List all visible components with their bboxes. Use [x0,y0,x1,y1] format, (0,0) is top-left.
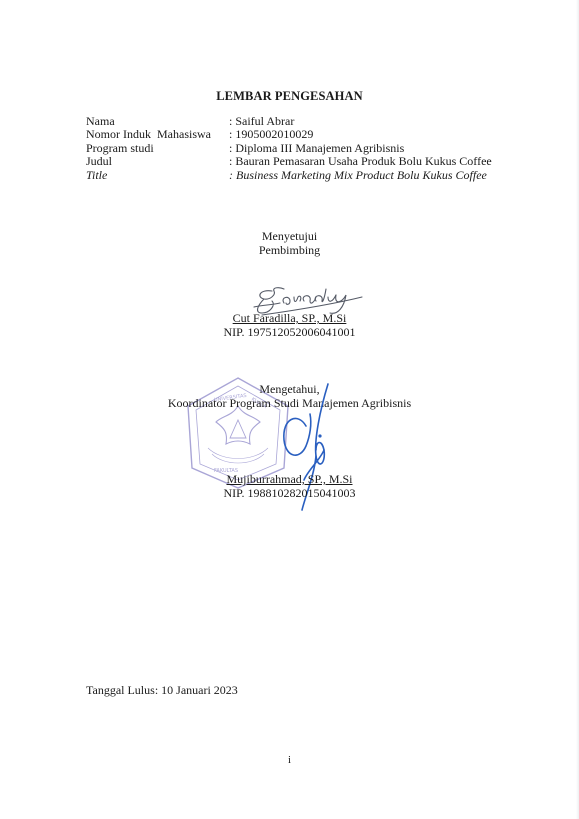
info-row-program: Program studi : Diploma III Manajemen Ag… [86,142,492,155]
supervisor-nip: NIP. 197512052006041001 [0,325,579,339]
info-label: Program studi [86,142,229,155]
page-number: i [0,754,579,766]
acknowledgement-heading: Mengetahui, Koordinator Program Studi Ma… [0,382,579,410]
acknowledgement-heading-2: Koordinator Program Studi Manajemen Agri… [0,396,579,410]
info-value: : Business Marketing Mix Product Bolu Ku… [229,169,492,182]
supervisor-name: Cut Faradilla, SP., M.Si [233,311,347,325]
page-title: LEMBAR PENGESAHAN [0,89,579,104]
info-row-judul: Judul : Bauran Pemasaran Usaha Produk Bo… [86,155,492,168]
info-label: Nomor Induk Mahasiswa [86,128,229,141]
coordinator-nip: NIP. 198810282015041003 [0,486,579,500]
coordinator-name: Mujiburrahmad, SP., M.Si [226,472,352,486]
graduation-date: Tanggal Lulus: 10 Januari 2023 [86,683,238,698]
info-row-title: Title : Business Marketing Mix Product B… [86,169,492,182]
info-row-nim: Nomor Induk Mahasiswa : 1905002010029 [86,128,492,141]
info-label: Nama [86,115,229,128]
supervisor-block: Cut Faradilla, SP., M.Si NIP. 1975120520… [0,311,579,339]
info-value: : Diploma III Manajemen Agribisnis [229,142,492,155]
student-info-table: Nama : Saiful Abrar Nomor Induk Mahasisw… [86,115,492,182]
info-value: : Saiful Abrar [229,115,492,128]
coordinator-block: Mujiburrahmad, SP., M.Si NIP. 1988102820… [0,472,579,500]
info-label: Judul [86,155,229,168]
info-value: : 1905002010029 [229,128,492,141]
approval-heading-1: Menyetujui [0,229,579,243]
info-row-name: Nama : Saiful Abrar [86,115,492,128]
acknowledgement-heading-1: Mengetahui, [0,382,579,396]
info-value: : Bauran Pemasaran Usaha Produk Bolu Kuk… [229,155,492,168]
approval-heading: Menyetujui Pembimbing [0,229,579,257]
approval-heading-2: Pembimbing [0,243,579,257]
info-label: Title [86,169,229,182]
